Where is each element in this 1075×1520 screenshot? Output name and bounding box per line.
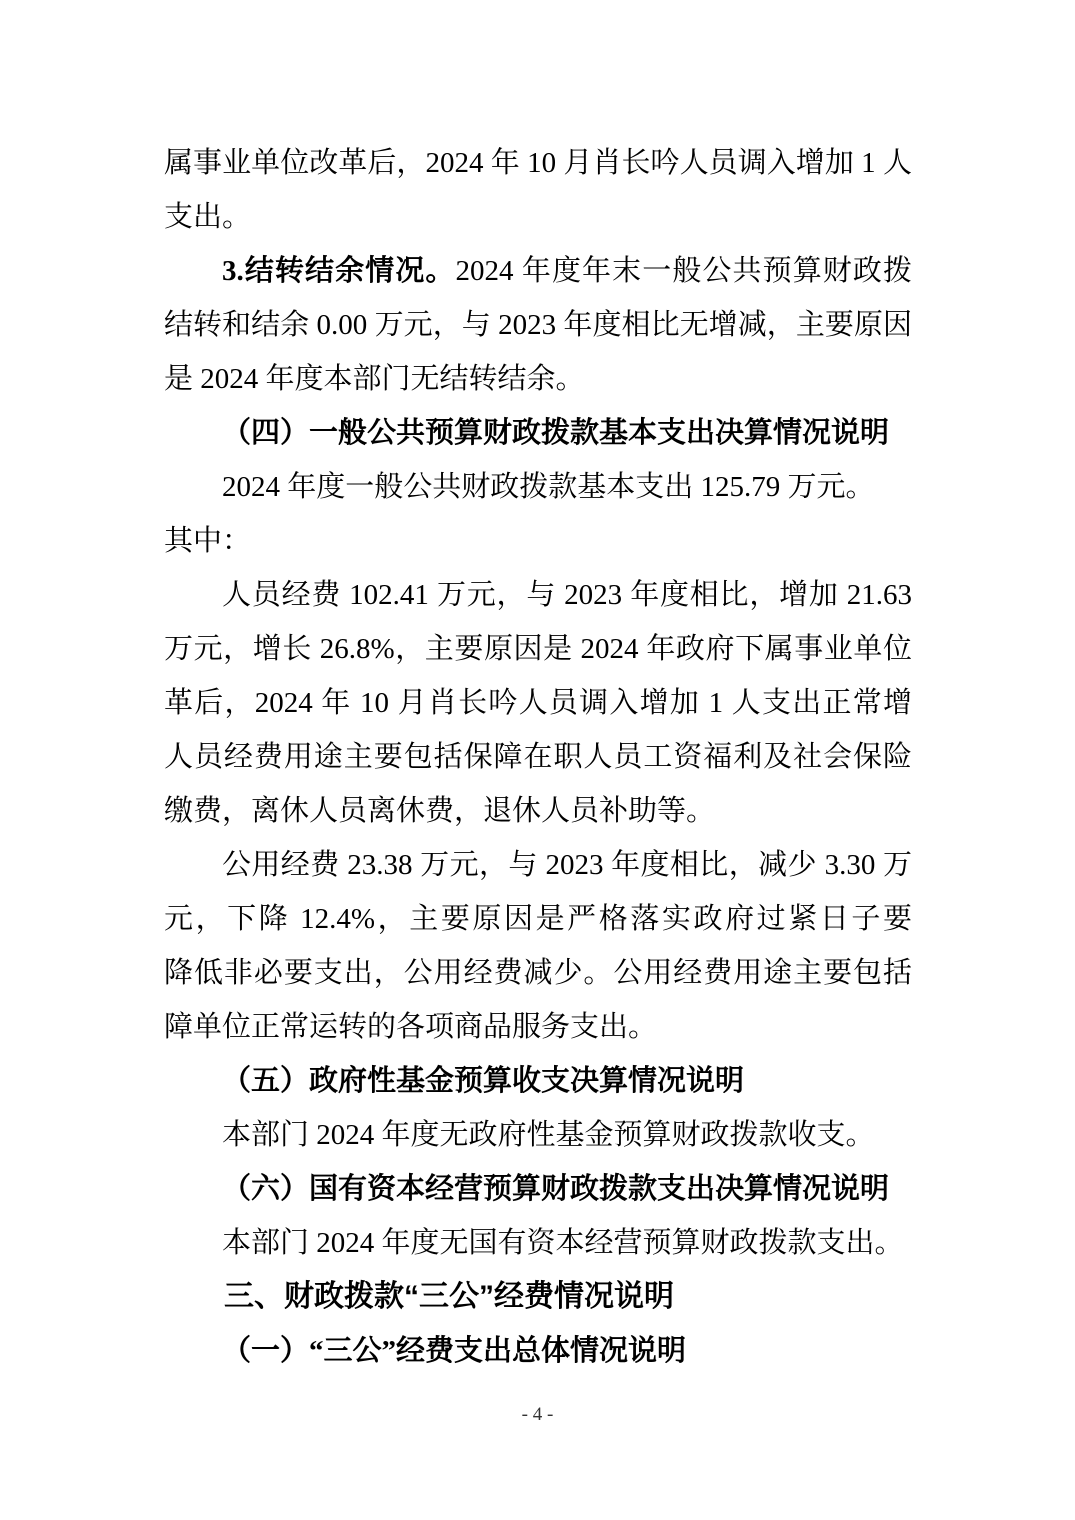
paragraph-line: 2024 年度一般公共财政拨款基本支出 125.79 万元。	[164, 460, 912, 514]
section-heading-6: （六）国有资本经营预算财政拨款支出决算情况说明	[164, 1162, 912, 1216]
paragraph-line: 其中：	[164, 514, 912, 568]
document-body: 属事业单位改革后，2024 年 10 月肖长吟人员调入增加 1 人 支出。 3.…	[164, 136, 912, 1378]
chapter-heading-3: 三、财政拨款“三公”经费情况说明	[164, 1270, 912, 1324]
page-number: - 4 -	[0, 1400, 1075, 1430]
section-heading-1: （一）“三公”经费支出总体情况说明	[164, 1324, 912, 1378]
run-bold-numbered-heading: 3.结转结余情况。	[222, 255, 456, 287]
paragraph-line: 3.结转结余情况。2024 年度年末一般公共预算财政拨款	[164, 244, 912, 298]
paragraph-line: 障单位正常运转的各项商品服务支出。	[164, 1000, 912, 1054]
paragraph-line: 属事业单位改革后，2024 年 10 月肖长吟人员调入增加 1 人	[164, 136, 912, 190]
paragraph-line: 本部门 2024 年度无国有资本经营预算财政拨款支出。	[164, 1216, 912, 1270]
section-heading-5: （五）政府性基金预算收支决算情况说明	[164, 1054, 912, 1108]
paragraph-line: 是 2024 年度本部门无结转结余。	[164, 352, 912, 406]
paragraph-line: 人员经费 102.41 万元，与 2023 年度相比，增加 21.63	[164, 568, 912, 622]
paragraph-line: 结转和结余 0.00 万元，与 2023 年度相比无增减，主要原因	[164, 298, 912, 352]
paragraph-line: 支出。	[164, 190, 912, 244]
paragraph-line: 本部门 2024 年度无政府性基金预算财政拨款收支。	[164, 1108, 912, 1162]
paragraph-line: 革后，2024 年 10 月肖长吟人员调入增加 1 人支出正常增长。	[164, 676, 912, 730]
paragraph-line: 元，下降 12.4%，主要原因是严格落实政府过紧日子要求，	[164, 892, 912, 946]
paragraph-line: 万元，增长 26.8%，主要原因是 2024 年政府下属事业单位改	[164, 622, 912, 676]
paragraph-line: 缴费，离休人员离休费，退休人员补助等。	[164, 784, 912, 838]
section-heading-4: （四）一般公共预算财政拨款基本支出决算情况说明	[164, 406, 912, 460]
document-page: 属事业单位改革后，2024 年 10 月肖长吟人员调入增加 1 人 支出。 3.…	[0, 0, 1075, 1520]
paragraph-line: 人员经费用途主要包括保障在职人员工资福利及社会保险	[164, 730, 912, 784]
paragraph-line: 公用经费 23.38 万元，与 2023 年度相比，减少 3.30 万	[164, 838, 912, 892]
paragraph-line: 降低非必要支出，公用经费减少。公用经费用途主要包括保	[164, 946, 912, 1000]
